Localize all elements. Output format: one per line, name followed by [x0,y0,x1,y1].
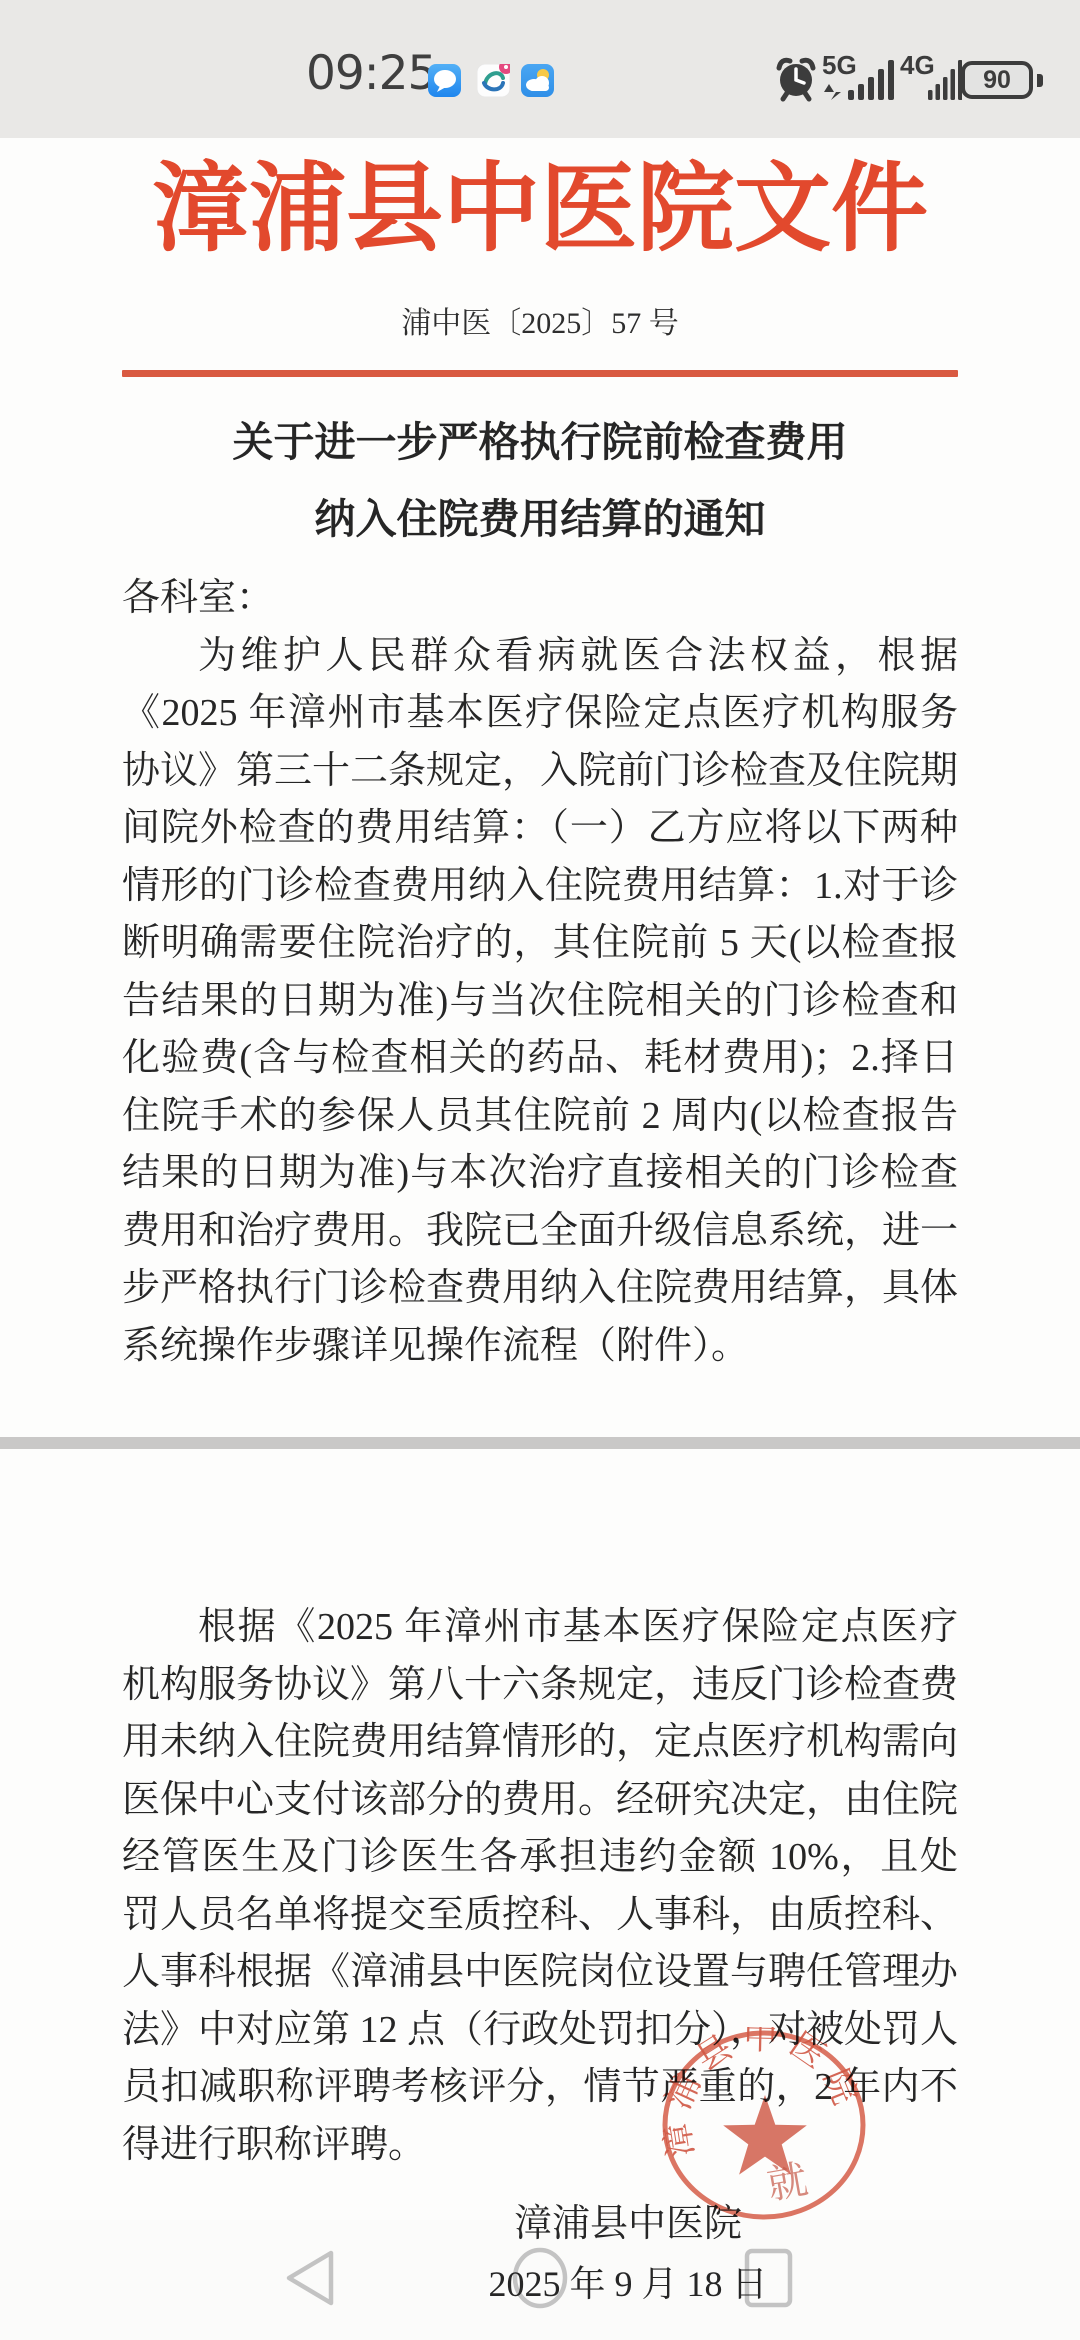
document-page-2: 根据《2025 年漳州市基本医疗保险定点医疗机构服务协议》第八十六条规定，违反门… [0,1449,1080,2220]
battery-nub [1037,74,1043,87]
document-header-title: 漳浦县中医院文件 [122,138,958,268]
document-page-1: 漳浦县中医院文件 浦中医〔2025〕57 号 关于进一步严格执行院前检查费用 纳… [0,138,1080,1437]
sim2-signal-bars-icon [928,60,962,100]
battery-percent: 90 [983,66,1011,95]
document-title-line1: 关于进一步严格执行院前检查费用 [122,412,958,472]
data-activity-icon [824,84,846,100]
sim1-signal-bars-icon [848,60,894,100]
seal-inner-glyph: 就 [764,2157,811,2208]
document-number: 浦中医〔2025〕57 号 [122,304,958,344]
salutation: 各科室： [122,570,958,628]
page-break-divider [0,1437,1080,1449]
official-red-seal: 漳浦县中医院 就 [658,2027,870,2227]
document-title-line2: 纳入住院费用结算的通知 [122,489,958,549]
battery-icon: 90 [961,61,1033,99]
alarm-icon [773,55,819,103]
signature-date: 2025 年 9 月 18 日 [418,2262,838,2306]
body-paragraph-1: 为维护人民群众看病就医合法权益，根据《2025 年漳州市基本医疗保险定点医疗机构… [122,628,958,1376]
document-body: 各科室： 为维护人民群众看病就医合法权益，根据《2025 年漳州市基本医疗保险定… [122,570,958,1375]
status-bar-right: 5G 4G 90 [0,0,1080,138]
nav-back-button[interactable] [289,2253,331,2303]
status-bar: 09:25 5G [0,0,1080,138]
red-divider-rule [122,370,958,377]
